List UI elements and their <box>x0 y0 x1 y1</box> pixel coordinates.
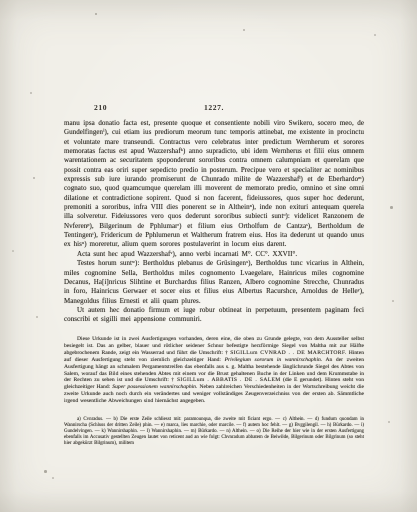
seal-inscription-abbot: SIGILLum . ABBATIS . DE . SALEM <box>177 377 281 383</box>
editorial-commentary: Diese Urkunde ist in zwei Ausfertigungen… <box>64 336 364 405</box>
dorsal-note-first-copy: Privilegium sororum in wannirschaphin. <box>225 357 323 363</box>
charter-paragraph-continuation: manu ipsa donatio facta est, presente qu… <box>64 119 364 250</box>
charter-text-block: manu ipsa donatio facta est, presente qu… <box>64 119 364 325</box>
scan-speck <box>388 421 390 423</box>
scan-speck <box>390 206 393 209</box>
charter-witness-list: Testes horum suntʷ): Bertholdus plebanus… <box>64 259 364 306</box>
scan-speck <box>36 316 38 318</box>
scan-speck <box>30 92 32 94</box>
scan-speck <box>243 29 245 31</box>
charter-corroboration-clause: Ut autem hec donatio firmum et iuge robu… <box>64 306 364 325</box>
commentary-paragraph: Diese Urkunde ist in zwei Ausfertigungen… <box>64 336 364 405</box>
footnote-block: a) Cvnradus. — b) Die erste Zeile schlie… <box>64 417 364 447</box>
book-page-scan: 210 1227. manu ipsa donatio facta est, p… <box>0 0 417 512</box>
scan-speck <box>374 34 376 36</box>
footnotes-text: a) Cvnradus. — b) Die erste Zeile schlie… <box>64 417 364 447</box>
scan-speck <box>52 477 54 479</box>
charter-dating-clause: Acta sunt hec apud Wazzershafᵛ), anno ve… <box>64 250 364 259</box>
seal-inscription-issuer: SIGILLum CVNRAD . . DE MARCHTORF. <box>230 350 346 356</box>
dorsal-note-second-copy: Super possessionem wannirschaphin. <box>112 384 197 390</box>
scan-speck <box>95 13 97 15</box>
page-header: 210 1227. <box>64 103 364 113</box>
scan-speck <box>44 470 47 473</box>
scan-speck <box>392 300 394 302</box>
scan-speck <box>33 177 35 179</box>
scan-speck <box>12 250 14 252</box>
year-heading: 1227. <box>64 103 364 112</box>
